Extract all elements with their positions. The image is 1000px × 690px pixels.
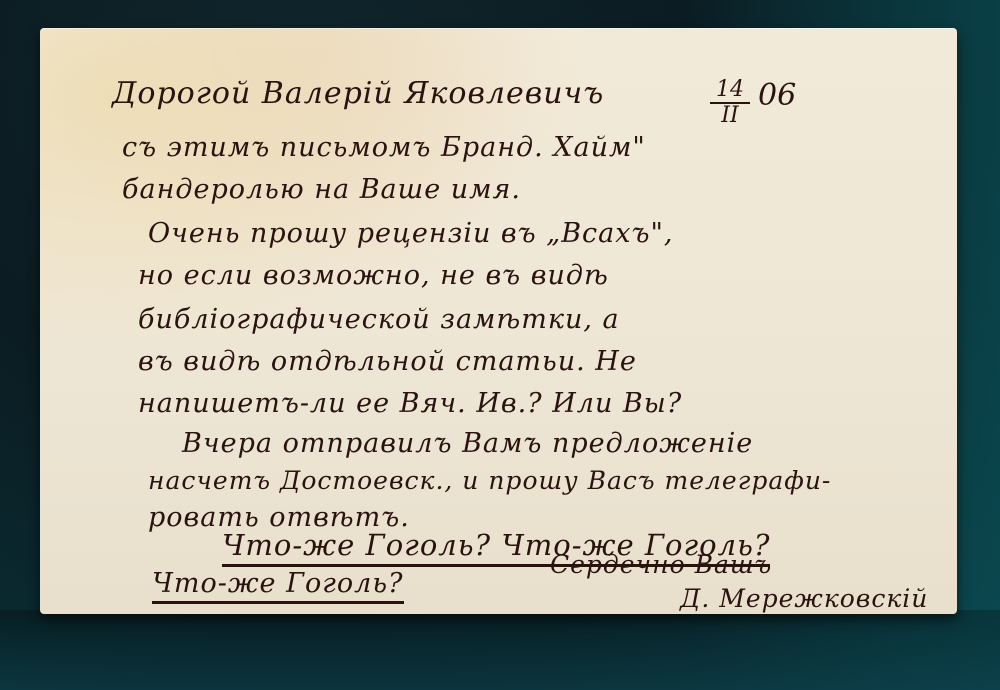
- body-line-6: въ видѣ отдѣльной статьи. Не: [138, 346, 637, 377]
- body-line-5: библiографической замѣтки, а: [138, 304, 620, 335]
- body-line-8: Вчера отправилъ Вамъ предложенiе: [182, 428, 753, 459]
- body-line-2: бандеролью на Ваше имя.: [122, 174, 521, 205]
- body-line-1: съ этимъ письмомъ Бранд. Хайм": [122, 132, 646, 163]
- body-line-4: но если возможно, не въ видѣ: [138, 260, 609, 291]
- date-year: 06: [758, 78, 796, 113]
- date-fraction: 14 II: [710, 78, 750, 128]
- date: 14 II 06: [710, 78, 796, 128]
- date-month: II: [721, 104, 738, 128]
- postcard: 14 II 06 Дорогой Валерiй Яковлевичъ съ э…: [40, 28, 957, 614]
- salutation: Дорогой Валерiй Яковлевичъ: [112, 76, 604, 111]
- emphasis-line-2: Что-же Гоголь?: [152, 568, 404, 604]
- body-line-7: напишетъ-ли ее Вяч. Ив.? Или Вы?: [138, 388, 682, 419]
- body-line-9: насчетъ Достоевск., и прошу Васъ телегра…: [148, 466, 831, 495]
- background-felt-shadow: [0, 610, 1000, 690]
- signature: Д. Мережковскiй: [680, 584, 928, 613]
- closing: Сердечно Вашъ: [550, 550, 772, 579]
- date-day: 14: [710, 78, 750, 104]
- body-line-3: Очень прошу рецензiи въ „Всахъ",: [148, 218, 674, 249]
